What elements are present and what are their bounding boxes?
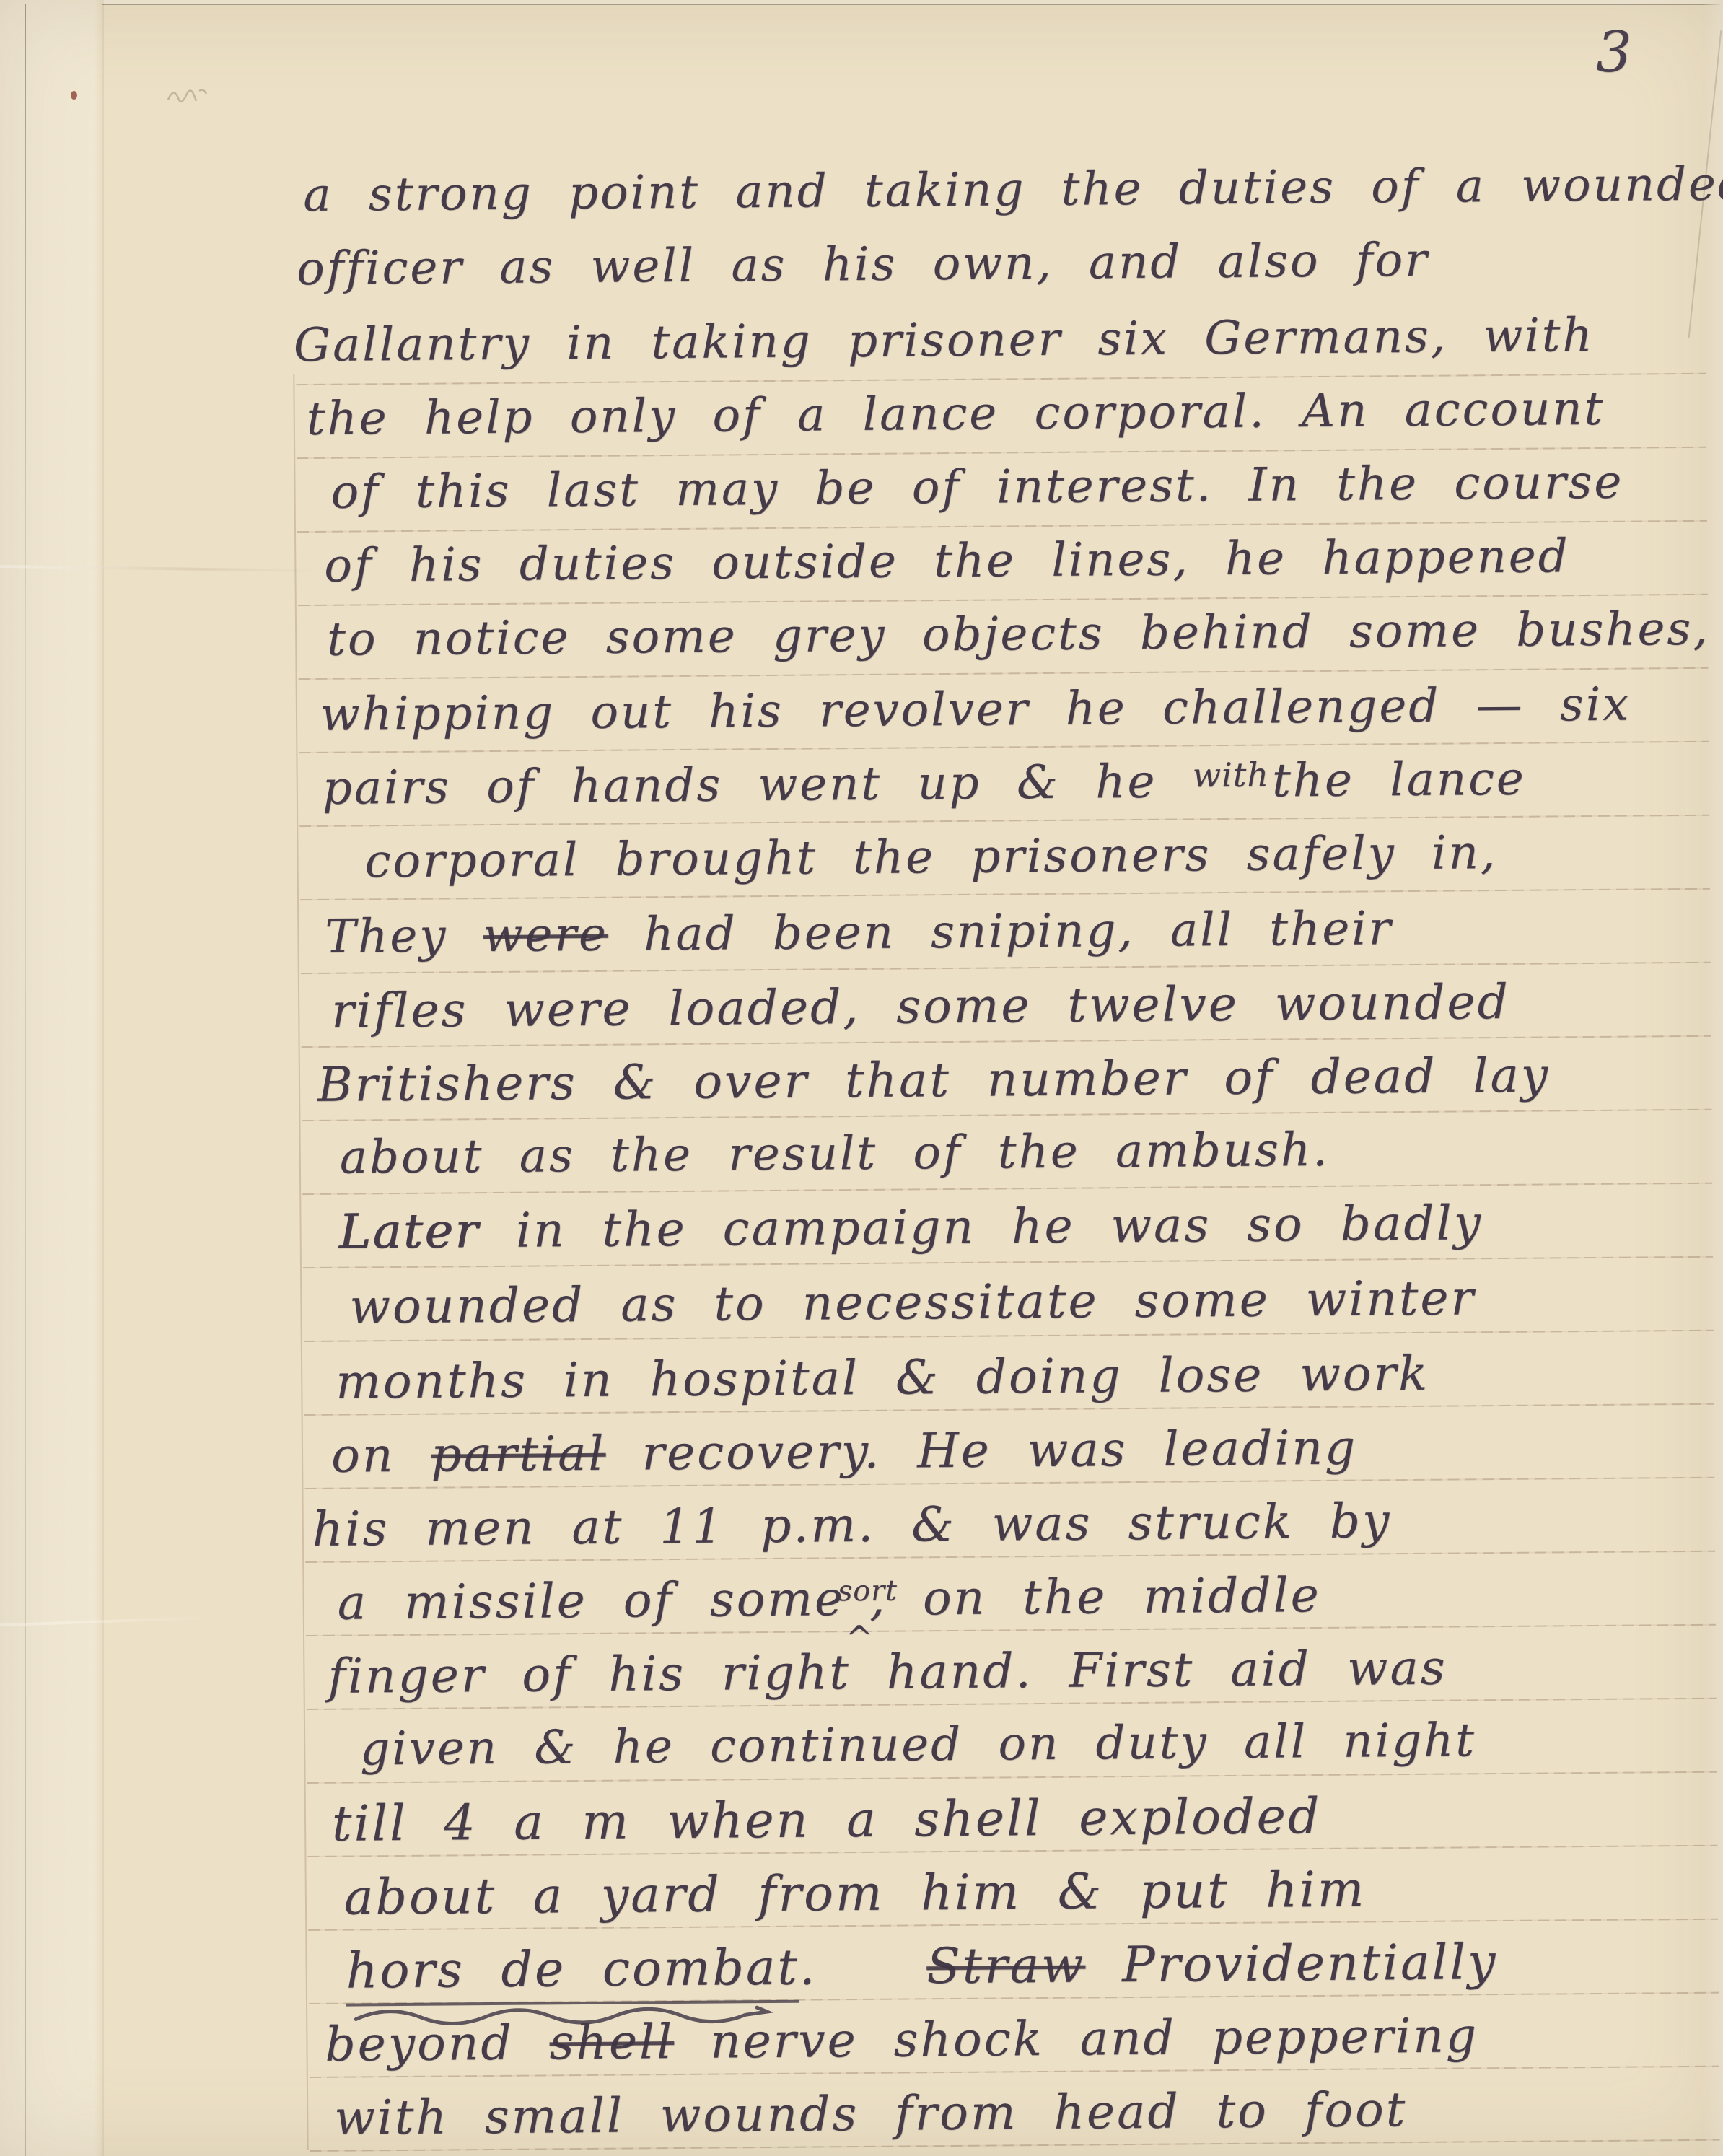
handwritten-line: rifles were loaded, some twelve wounded — [331, 978, 1510, 1035]
struck-word: partial — [431, 1426, 606, 1483]
handwritten-line: Britishers & over that number of dead la… — [317, 1051, 1551, 1108]
line-text: a missile of some — [337, 1571, 845, 1631]
underlined-phrase: hors de combat — [346, 1940, 799, 2007]
handwritten-line: the help only of a lance corporal. An ac… — [307, 386, 1605, 442]
line-text: whipping out his revolver he challenged … — [320, 678, 1631, 742]
line-text: They — [325, 909, 483, 964]
ruled-line — [299, 815, 1709, 827]
line-text: corporal brought the prisoners safely in… — [364, 826, 1497, 888]
handwritten-line: given & he continued on duty all night — [360, 1717, 1476, 1772]
margin-rule-line — [293, 374, 308, 2150]
ruled-sheet: a strong point and taking the duties of … — [0, 0, 1723, 2156]
handwritten-line: finger of his right hand. First aid was — [328, 1644, 1447, 1701]
line-text: his men at 11 p.m. & was struck by — [312, 1493, 1392, 1557]
handwritten-line: whipping out his revolver he challenged … — [320, 682, 1631, 738]
struck-word: Straw — [926, 1937, 1086, 1996]
line-text: in the campaign he was so badly — [480, 1195, 1483, 1258]
inserted-word: with — [1192, 755, 1269, 795]
line-text: about as the result of the ambush. — [340, 1123, 1330, 1185]
line-text: . — [799, 1938, 926, 1996]
line-text: on — [331, 1427, 431, 1484]
line-text: wounded as to necessitate some winter — [349, 1270, 1476, 1334]
handwritten-line: till 4 a m when a shell exploded — [332, 1792, 1322, 1849]
handwritten-line: of this last may be of interest. In the … — [330, 460, 1623, 516]
line-text: recovery. He was leading — [605, 1420, 1357, 1481]
ruled-line — [300, 888, 1710, 900]
line-text: rifles were loaded, some twelve wounded — [331, 974, 1510, 1039]
inserted-word: sort — [838, 1577, 898, 1606]
handwritten-line: to notice some grey objects behind some … — [327, 606, 1710, 663]
line-text: Gallantry in taking prisoner six Germans… — [294, 309, 1595, 372]
handwritten-line: his men at 11 p.m. & was struck by — [312, 1497, 1392, 1554]
handwritten-line: of his duties outside the lines, he happ… — [324, 533, 1570, 590]
line-text: Britishers & over that number of dead la… — [317, 1047, 1551, 1112]
handwritten-line: hors de combat. Straw Providentially — [346, 1938, 1497, 1997]
line-text: a strong point and taking the duties of … — [303, 157, 1723, 222]
handwritten-line: pairs of hands went up & he withthe lanc… — [323, 756, 1526, 812]
line-text: the lance — [1272, 753, 1526, 808]
handwritten-line: months in hospital & doing lose work — [336, 1350, 1429, 1406]
line-text: about a yard from him & put him — [344, 1862, 1367, 1927]
overwritten-word: Later — [338, 1203, 480, 1260]
line-text: of this last may be of interest. In the … — [330, 456, 1623, 520]
line-text: with small wounds from head to foot — [334, 2082, 1408, 2146]
ruled-line — [301, 962, 1711, 974]
line-text: till 4 a m when a shell exploded — [332, 1788, 1322, 1853]
handwritten-line: about as the result of the ambush. — [340, 1127, 1330, 1181]
handwritten-line: corporal brought the prisoners safely in… — [364, 830, 1497, 885]
handwritten-line: a missile of somesort^, on the middle — [337, 1572, 1320, 1627]
line-text: pairs of hands went up & he — [323, 755, 1193, 815]
line-text: officer as well as his own, and also for — [297, 234, 1429, 296]
line-text: given & he continued on duty all night — [360, 1714, 1476, 1776]
manuscript-page: 3 a strong point and taking the duties o… — [0, 0, 1723, 2156]
handwritten-line: on partial recovery. He was leading — [331, 1424, 1358, 1480]
handwritten-line: a strong point and taking the duties of … — [303, 161, 1723, 219]
handwritten-line: officer as well as his own, and also for — [297, 237, 1429, 292]
handwritten-line: about a yard from him & put him — [344, 1866, 1367, 1923]
line-text: of his duties outside the lines, he happ… — [324, 530, 1570, 593]
line-text: the help only of a lance corporal. An ac… — [306, 382, 1605, 446]
ruled-lines — [0, 0, 1714, 1]
struck-word: were — [483, 908, 608, 963]
handwritten-line: with small wounds from head to foot — [334, 2086, 1408, 2142]
line-text: Providentially — [1085, 1934, 1498, 1994]
ruled-line — [302, 1183, 1712, 1195]
handwritten-line: Gallantry in taking prisoner six Germans… — [294, 312, 1595, 369]
line-text: months in hospital & doing lose work — [336, 1346, 1429, 1410]
ruled-line — [299, 741, 1709, 753]
insertion-mark: sort^ — [845, 1608, 869, 1615]
handwritten-line: wounded as to necessitate some winter — [349, 1274, 1476, 1331]
handwritten-line: They were had been sniping, all their — [325, 906, 1393, 960]
ruled-line — [299, 667, 1709, 680]
line-text: finger of his right hand. First aid was — [328, 1640, 1447, 1704]
line-text: , on the middle — [869, 1567, 1321, 1626]
handwritten-line: Later in the campaign he was so badly — [338, 1199, 1483, 1256]
line-text: had been sniping, all their — [608, 902, 1393, 962]
line-text: to notice some grey objects behind some … — [327, 602, 1710, 667]
underline-flourish — [352, 1999, 857, 2032]
